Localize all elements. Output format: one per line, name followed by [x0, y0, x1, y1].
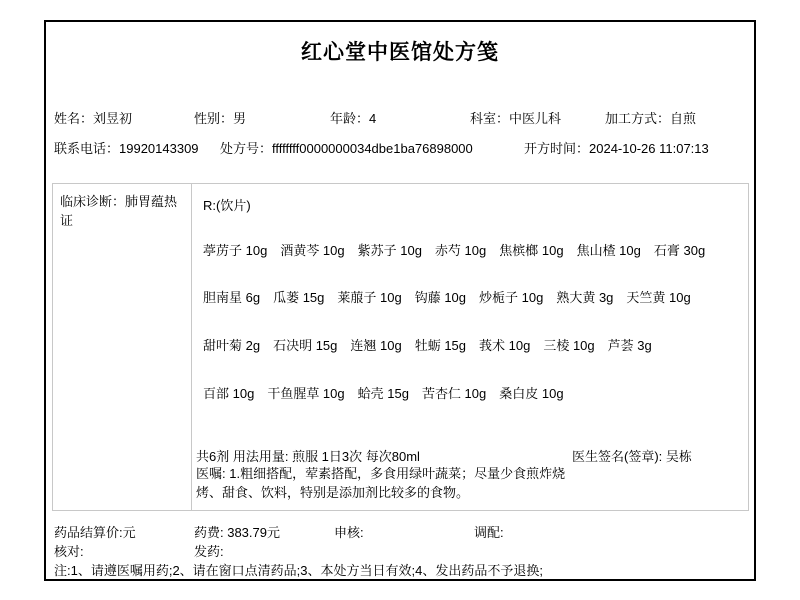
issue-time-field: 开方时间：2024-10-26 11:07:13 [524, 138, 709, 157]
medicine-fee: 药费: 383.79元 [194, 522, 280, 541]
settlement-price: 药品结算价:元 [54, 522, 136, 541]
herb-item: 焦山楂 10g [577, 240, 641, 259]
department-field: 科室：中医儿科 [470, 108, 561, 127]
herb-item: 干鱼腥草 10g [267, 383, 344, 402]
herb-item: 牡蛎 15g [415, 335, 466, 354]
patient-gender-field: 性别：男 [194, 108, 246, 127]
herb-item: 桑白皮 10g [499, 383, 563, 402]
herb-line: 葶苈子 10g酒黄芩 10g紫苏子 10g赤芍 10g焦槟榔 10g焦山楂 10… [203, 240, 718, 259]
herb-item: 莱菔子 10g [337, 287, 401, 306]
herb-item: 三棱 10g [543, 335, 594, 354]
herb-item: 紫苏子 10g [358, 240, 422, 259]
dosage-usage: 共6剂 用法用量: 煎服 1日3次 每次80ml [196, 446, 420, 465]
herb-item: 熟大黄 3g [556, 287, 613, 306]
herb-item: 蛤壳 15g [358, 383, 409, 402]
herb-item: 钩藤 10g [415, 287, 466, 306]
clinical-diagnosis: 临床诊断：肺胃蕴热证 [60, 192, 186, 230]
check-field: 核对: [54, 541, 84, 560]
compound-field: 调配: [474, 522, 504, 541]
dispense-field: 发药: [194, 541, 224, 560]
medical-advice: 医嘱: 1.粗细搭配，荤素搭配，多食用绿叶蔬菜；尽量少食煎炸烧烤、甜食、饮料，特… [196, 464, 572, 502]
prescription-page: 红心堂中医馆处方笺 姓名：刘昱初 性别：男 年龄：4 科室：中医儿科 加工方式：… [0, 0, 800, 600]
doctor-signature: 医生签名(签章): 吴栋 [572, 446, 692, 465]
herb-item: 焦槟榔 10g [499, 240, 563, 259]
column-divider [191, 183, 192, 511]
page-title: 红心堂中医馆处方笺 [44, 36, 756, 66]
herb-line: 甜叶菊 2g石决明 15g连翘 10g牡蛎 15g莪术 10g三棱 10g芦荟 … [203, 335, 665, 354]
herb-item: 酒黄芩 10g [280, 240, 344, 259]
herb-item: 石决明 15g [273, 335, 337, 354]
herb-item: 天竺黄 10g [626, 287, 690, 306]
herb-item: 炒栀子 10g [479, 287, 543, 306]
patient-name-field: 姓名：刘昱初 [54, 108, 132, 127]
patient-age-field: 年龄：4 [330, 108, 376, 127]
herb-item: 苦杏仁 10g [422, 383, 486, 402]
phone-field: 联系电话：19920143309 [54, 138, 199, 157]
herb-line: 百部 10g干鱼腥草 10g蛤壳 15g苦杏仁 10g桑白皮 10g [203, 383, 577, 402]
herb-item: 百部 10g [203, 383, 254, 402]
herb-item: 石膏 30g [654, 240, 705, 259]
herb-item: 胆南星 6g [203, 287, 260, 306]
processing-method-field: 加工方式：自煎 [605, 108, 696, 127]
prescription-number-field: 处方号：ffffffff0000000034dbe1ba76898000 [220, 138, 473, 157]
herb-item: 连翘 10g [350, 335, 401, 354]
footer-note: 注:1、请遵医嘱用药;2、请在窗口点清药品;3、本处方当日有效;4、发出药品不予… [54, 560, 543, 579]
herb-item: 芦荟 3g [608, 335, 652, 354]
herb-item: 赤芍 10g [435, 240, 486, 259]
review-field: 申核: [334, 522, 364, 541]
herb-item: 瓜蒌 15g [273, 287, 324, 306]
herb-item: 莪术 10g [479, 335, 530, 354]
herb-item: 葶苈子 10g [203, 240, 267, 259]
herb-item: 甜叶菊 2g [203, 335, 260, 354]
herb-line: 胆南星 6g瓜蒌 15g莱菔子 10g钩藤 10g炒栀子 10g熟大黄 3g天竺… [203, 287, 704, 306]
rx-header: R:(饮片) [203, 195, 251, 214]
